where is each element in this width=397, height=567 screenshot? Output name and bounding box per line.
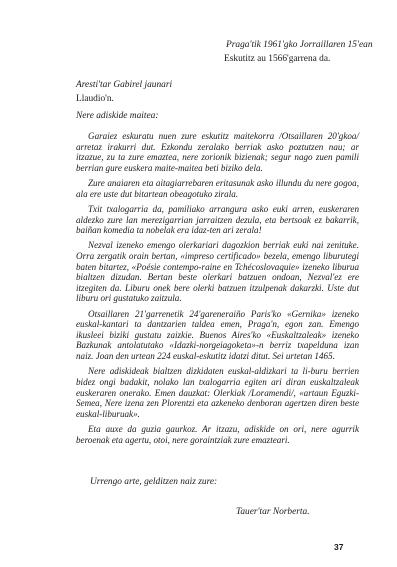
paragraph: Eta auxe da guzia gaurkoz. Ar itzazu, ad…	[76, 424, 359, 445]
document-page: Praga'tik 1961'gko Jorraillaren 15'ean E…	[0, 0, 397, 567]
closing-line: Urrengo arte, gelditzen naiz zure:	[90, 477, 217, 487]
dateline: Praga'tik 1961'gko Jorraillaren 15'ean	[226, 38, 373, 52]
paragraph: Garaiez eskuratu nuen zure eskutitz mait…	[76, 131, 359, 173]
paragraph: Nere adiskideak bialtzen dizkidaten eusk…	[76, 366, 359, 419]
paragraph: Nezval izeneko emengo olerkariari dagozk…	[76, 240, 359, 304]
letter-body: Garaiez eskuratu nuen zure eskutitz mait…	[76, 131, 359, 450]
salutation: Nere adiskide maitea:	[76, 111, 158, 121]
paragraph: Zure anaiaren eta aitagiarrebaren eritas…	[76, 178, 359, 199]
recipient-name: Aresti'tar Gabirel jaunari	[76, 78, 172, 92]
paragraph: Txit txalogarria da, pamiliako arrangura…	[76, 204, 359, 236]
signature: Tauer'tar Norberta.	[236, 507, 310, 517]
recipient-block: Aresti'tar Gabirel jaunari Llaudio'n.	[76, 78, 172, 106]
recipient-place: Llaudio'n.	[76, 92, 172, 106]
paragraph: Otsaillaren 21'garrenetik 24'gareneraiño…	[76, 309, 359, 362]
letter-number: Eskutitz au 1566'garrena da.	[224, 52, 330, 66]
page-number: 37	[334, 542, 343, 552]
